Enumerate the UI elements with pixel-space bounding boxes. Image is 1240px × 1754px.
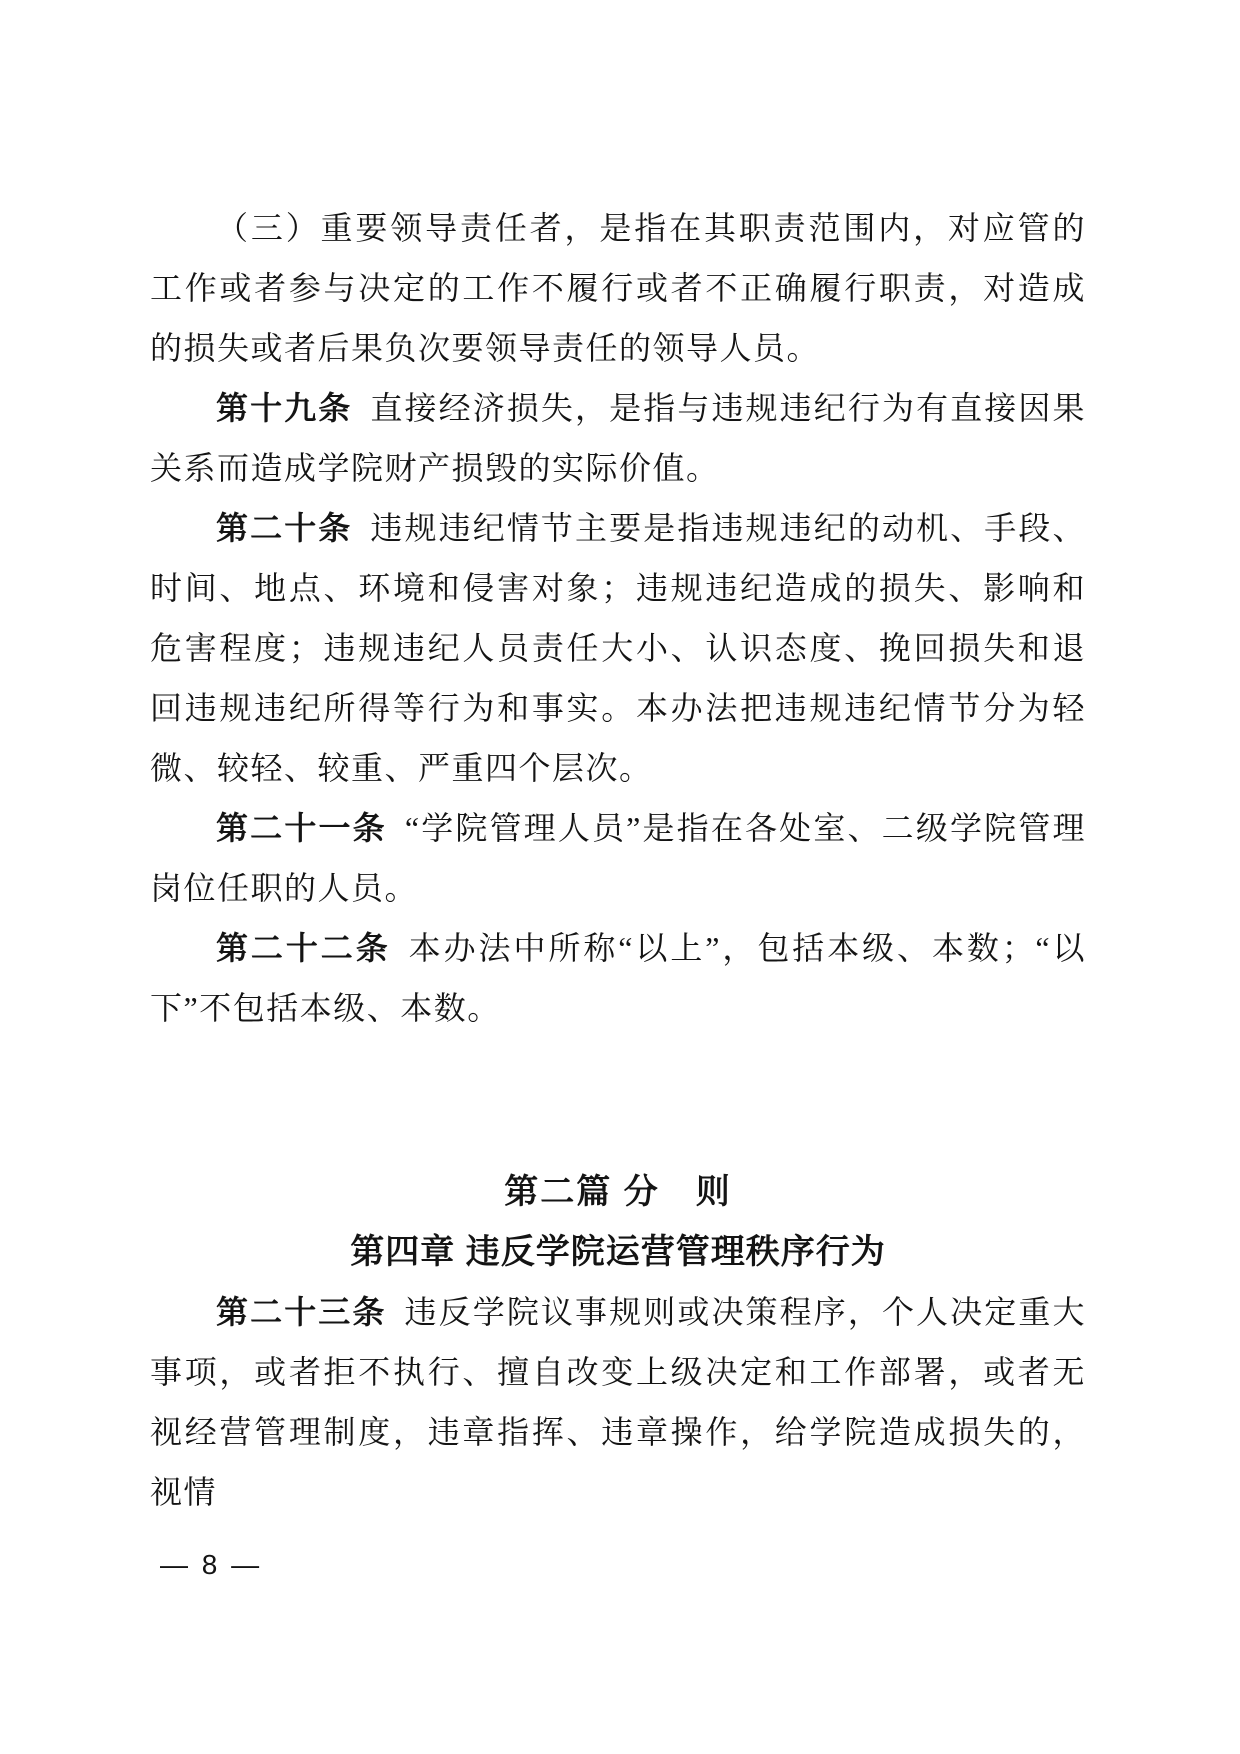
paragraph-text: （三）重要领导责任者，是指在其职责范围内，对应管的工作或者参与决定的工作不履行或… — [150, 210, 1086, 366]
document-page: （三）重要领导责任者，是指在其职责范围内，对应管的工作或者参与决定的工作不履行或… — [0, 0, 1240, 1754]
paragraph-article-23: 第二十三条违反学院议事规则或决策程序，个人决定重大事项，或者拒不执行、擅自改变上… — [150, 1282, 1086, 1522]
part-2-heading: 第二篇 分 则 — [150, 1162, 1086, 1222]
chapter-4-heading: 第四章 违反学院运营管理秩序行为 — [150, 1222, 1086, 1282]
paragraph-subitem-three: （三）重要领导责任者，是指在其职责范围内，对应管的工作或者参与决定的工作不履行或… — [150, 198, 1086, 378]
article-20-number: 第二十条 — [216, 510, 352, 546]
paragraph-article-21: 第二十一条“学院管理人员”是指在各处室、二级学院管理岗位任职的人员。 — [150, 798, 1086, 918]
document-body: （三）重要领导责任者，是指在其职责范围内，对应管的工作或者参与决定的工作不履行或… — [150, 198, 1086, 1522]
article-19-number: 第十九条 — [216, 390, 352, 426]
article-23-number: 第二十三条 — [216, 1294, 387, 1330]
paragraph-article-22: 第二十二条本办法中所称“以上”，包括本级、本数；“以下”不包括本级、本数。 — [150, 918, 1086, 1038]
article-22-number: 第二十二条 — [216, 930, 391, 966]
paragraph-article-20: 第二十条违规违纪情节主要是指违规违纪的动机、手段、时间、地点、环境和侵害对象；违… — [150, 498, 1086, 798]
page-number: — 8 — — [160, 1545, 262, 1585]
paragraph-article-19: 第十九条直接经济损失，是指与违规违纪行为有直接因果关系而造成学院财产损毁的实际价… — [150, 378, 1086, 498]
paragraph-text: 违规违纪情节主要是指违规违纪的动机、手段、时间、地点、环境和侵害对象；违规违纪造… — [150, 510, 1086, 786]
article-21-number: 第二十一条 — [216, 810, 387, 846]
